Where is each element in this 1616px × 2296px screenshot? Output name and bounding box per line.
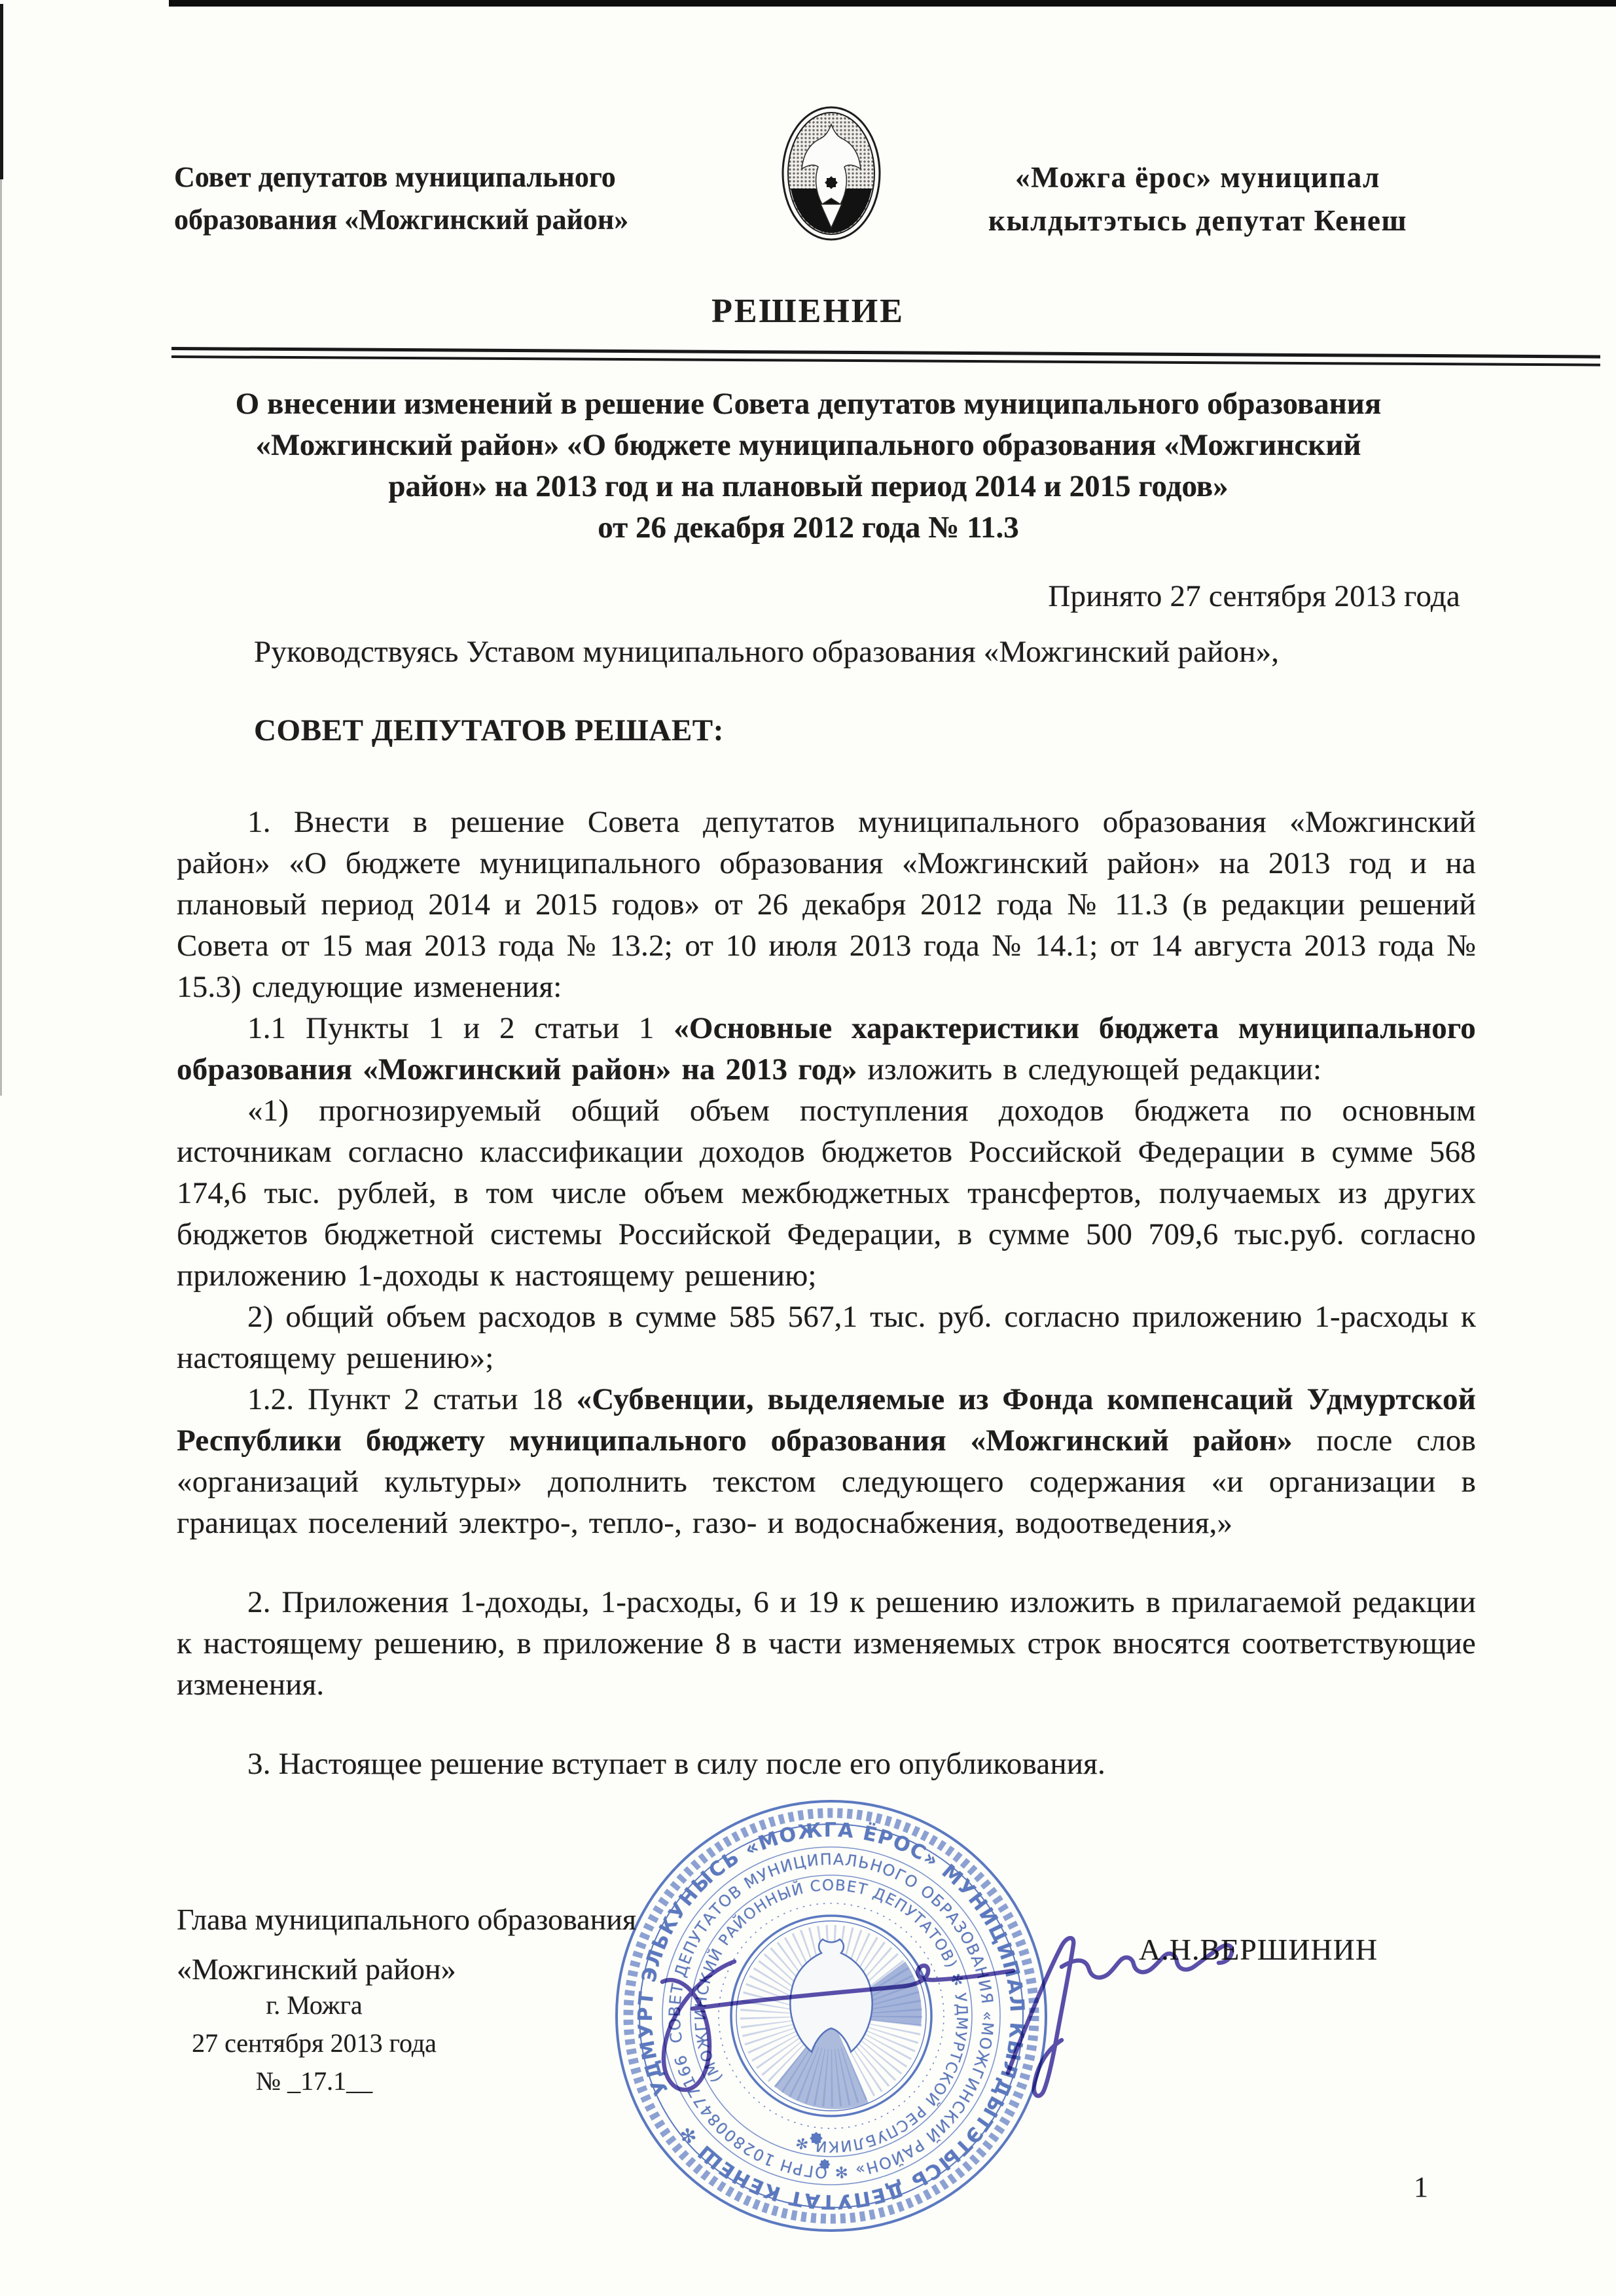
document-title-line4: от 26 декабря 2012 года № 11.3 bbox=[193, 507, 1424, 548]
preamble-paragraph: Руководствуясь Уставом муниципального об… bbox=[177, 632, 1476, 673]
paragraph-1: 1. Внести в решение Совета депутатов мун… bbox=[177, 802, 1476, 1008]
document-title-line2: «Можгинский район» «О бюджете муниципаль… bbox=[193, 425, 1424, 466]
udmurtia-coat-of-arms-icon bbox=[780, 105, 882, 242]
paragraph-2: 2. Приложения 1-доходы, 1-расходы, 6 и 1… bbox=[177, 1582, 1476, 1706]
paragraph-1-1-lead: 1.1 Пункты 1 и 2 статьи 1 bbox=[247, 1011, 673, 1045]
paragraph-1-2: 1.2. Пункт 2 статьи 18 «Субвенции, выдел… bbox=[177, 1379, 1476, 1544]
document-title: О внесении изменений в решение Совета де… bbox=[193, 384, 1424, 548]
document-title-line1: О внесении изменений в решение Совета де… bbox=[193, 384, 1424, 425]
letterhead-udmurt: «Можга ёрос» муниципал кылдытэтысь депут… bbox=[936, 156, 1460, 242]
double-rule-divider bbox=[171, 347, 1600, 367]
issue-place: г. Можга bbox=[177, 1986, 452, 2024]
document-body: Принято 27 сентября 2013 года Руководств… bbox=[177, 576, 1476, 1785]
document-type-heading: РЕШЕНИЕ bbox=[0, 292, 1616, 331]
adoption-date-line: Принято 27 сентября 2013 года bbox=[177, 576, 1476, 617]
paragraph-1-2-lead: 1.2. Пункт 2 статьи 18 bbox=[247, 1382, 577, 1416]
document-title-line3: район» на 2013 год и на плановый период … bbox=[193, 466, 1424, 507]
scan-edge-artifact-left bbox=[0, 4, 3, 179]
issue-details: г. Можга 27 сентября 2013 года № _17.1__ bbox=[177, 1986, 452, 2100]
page-number: 1 bbox=[1414, 2170, 1428, 2204]
issue-number: № _17.1__ bbox=[177, 2062, 452, 2100]
letterhead-russian-line2: образования «Можгинский район» bbox=[174, 198, 645, 241]
letterhead-russian-line1: Совет депутатов муниципального bbox=[174, 156, 645, 198]
handwritten-signature bbox=[589, 1901, 1309, 2124]
scan-edge-artifact-top bbox=[169, 0, 1616, 7]
letterhead-udmurt-line1: «Можга ёрос» муниципал bbox=[936, 156, 1460, 199]
issue-date: 27 сентября 2013 года bbox=[177, 2024, 452, 2062]
subitem-2-expenses: 2) общий объем расходов в сумме 585 567,… bbox=[177, 1297, 1476, 1379]
paragraph-1-1: 1.1 Пункты 1 и 2 статьи 1 «Основные хара… bbox=[177, 1008, 1476, 1090]
paragraph-3: 3. Настоящее решение вступает в силу пос… bbox=[177, 1744, 1476, 1785]
letterhead-udmurt-line2: кылдытэтысь депутат Кенеш bbox=[936, 199, 1460, 242]
solar-star-icon bbox=[825, 176, 838, 189]
paragraph-1-1-tail: изложить в следующей редакции: bbox=[857, 1052, 1322, 1086]
resolution-heading: СОВЕТ ДЕПУТАТОВ РЕШАЕТ: bbox=[177, 710, 1476, 751]
letterhead-russian: Совет депутатов муниципального образован… bbox=[174, 156, 645, 241]
scanned-document-page: Совет депутатов муниципального образован… bbox=[0, 0, 1616, 2296]
subitem-1-revenues: «1) прогнозируемый общий объем поступлен… bbox=[177, 1090, 1476, 1297]
